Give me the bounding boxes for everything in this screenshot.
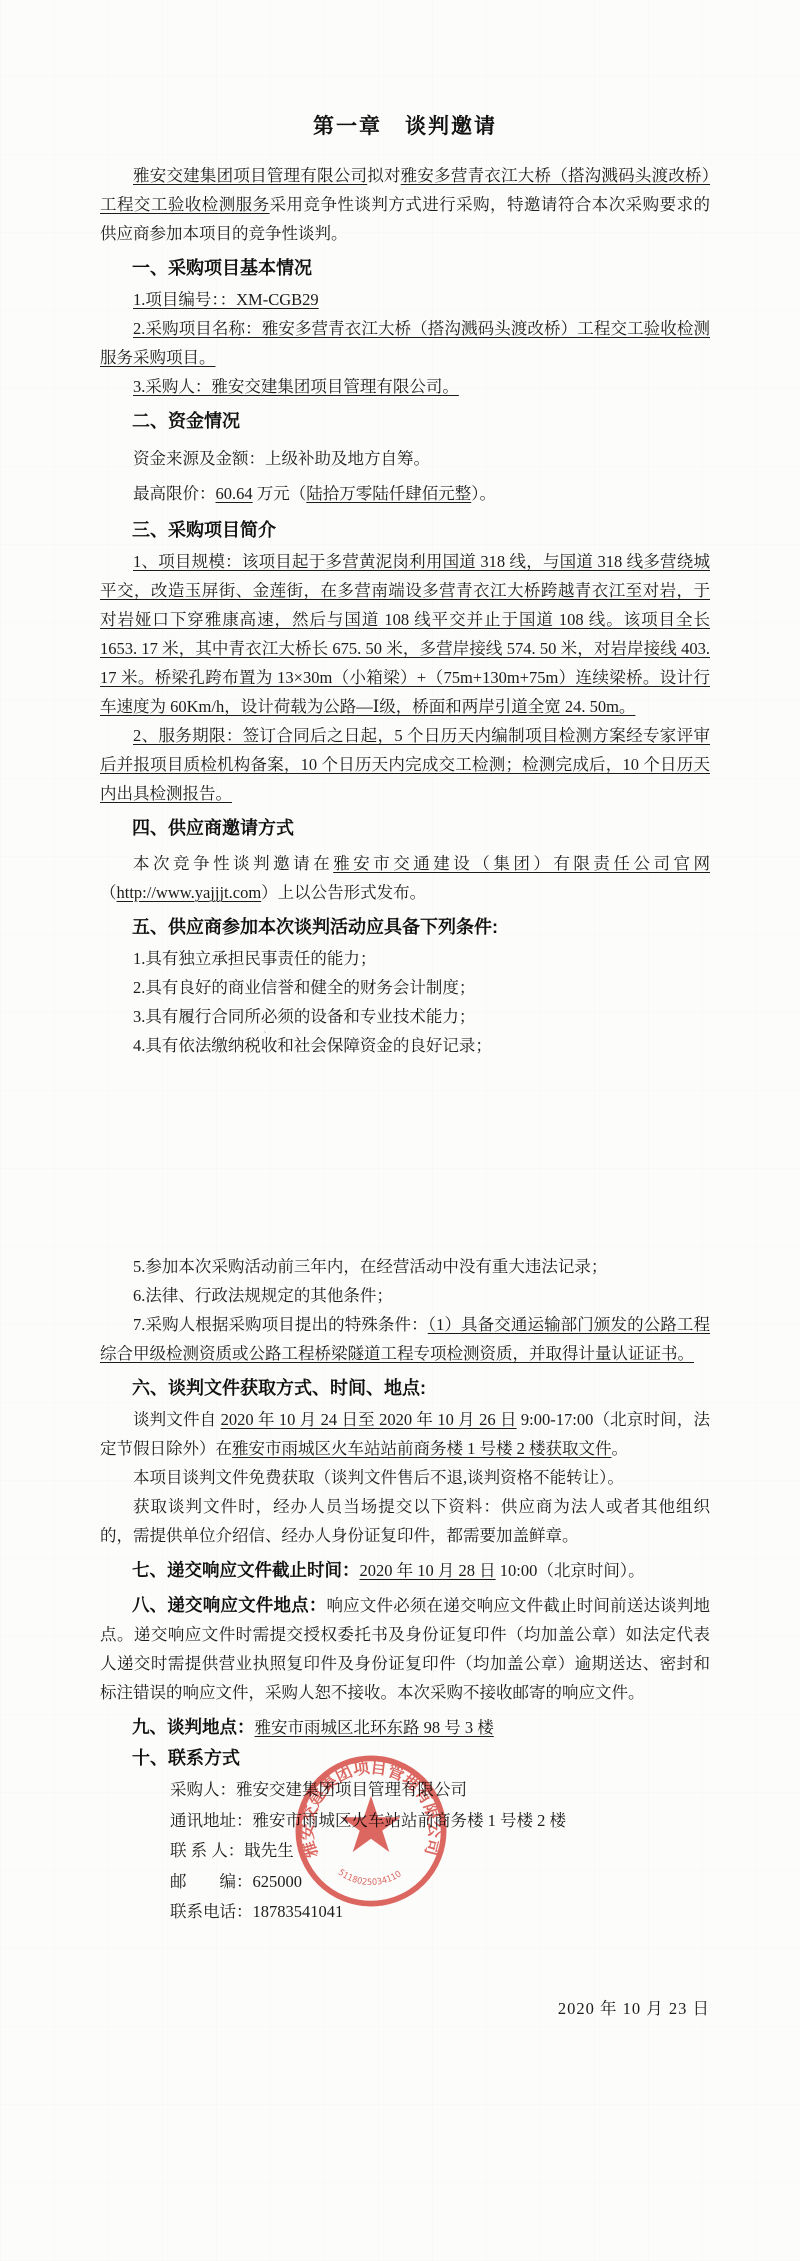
- condition-6: 6.法律、行政法规规定的其他条件；: [100, 1281, 710, 1310]
- condition-3: 3.具有履行合同所必须的设备和专业技术能力；: [100, 1002, 710, 1031]
- condition-7: 7.采购人根据采购项目提出的特殊条件：（1）具备交通运输部门颁发的公路工程综合甲…: [100, 1310, 710, 1368]
- negotiation-location: 雅安市雨城区北环东路 98 号 3 楼: [255, 1718, 494, 1737]
- price-limit: 最高限价：60.64 万元（陆拾万零陆仟肆佰元整）。: [100, 479, 710, 508]
- submission-deadline: 2020 年 10 月 28 日: [360, 1561, 496, 1580]
- section-8-paragraph: 八、递交响应文件地点：响应文件必须在递交响应文件截止时间前送达谈判地点。递交响应…: [100, 1591, 710, 1707]
- website-url: http://www.yajjjt.com: [117, 883, 262, 902]
- contact-person: 联 系 人：戢先生: [170, 1836, 710, 1867]
- section-9-heading: 九、谈判地点：雅安市雨城区北环东路 98 号 3 楼: [100, 1713, 710, 1742]
- obtain-materials-note: 获取谈判文件时，经办人员当场提交以下资料：供应商为法人或者其他组织的，需提供单位…: [100, 1492, 710, 1550]
- contact-block: 采购人：雅安交建集团项目管理有限公司 通讯地址：雅安市雨城区火车站站前商务楼 1…: [100, 1775, 710, 1928]
- official-website-name: 雅安市交通建设（集团）有限责任公司官网: [333, 854, 710, 873]
- section-6-heading: 六、谈判文件获取方式、时间、地点:: [100, 1372, 710, 1405]
- purchaser-name: 雅安交建集团项目管理有限公司: [133, 166, 367, 185]
- section-2-heading: 二、资金情况: [100, 405, 710, 438]
- funding-source: 资金来源及金额：上级补助及地方自筹。: [100, 444, 710, 473]
- project-number: 1.项目编号：：XM-CGB29: [100, 285, 710, 314]
- section-7-heading: 七、递交响应文件截止时间：2020 年 10 月 28 日 10:00（北京时间…: [100, 1556, 710, 1585]
- chapter-title: 第一章 谈判邀请: [100, 112, 710, 142]
- service-period-paragraph: 2、服务期限：签订合同后之日起，5 个日历天内编制项目检测方案经专家评审后并报项…: [100, 721, 710, 808]
- purchaser-item: 3.采购人：雅安交建集团项目管理有限公司。: [100, 372, 710, 401]
- obtain-start-date: 2020 年 10 月 24 日: [221, 1410, 359, 1429]
- page-break-gap: [100, 1060, 710, 1252]
- contact-purchaser: 采购人：雅安交建集团项目管理有限公司: [170, 1775, 710, 1806]
- obtain-end-date: 2020 年 10 月 26 日: [375, 1410, 517, 1429]
- section-1-heading: 一、采购项目基本情况: [100, 252, 710, 285]
- document-date: 2020 年 10 月 23 日: [100, 1994, 710, 2023]
- contact-phone: 联系电话：18783541041: [170, 1897, 710, 1928]
- document-obtain-paragraph: 谈判文件自 2020 年 10 月 24 日至 2020 年 10 月 26 日…: [100, 1405, 710, 1463]
- announcement-paragraph: 本次竞争性谈判邀请在雅安市交通建设（集团）有限责任公司官网（http://www…: [100, 849, 710, 907]
- section-10-heading: 十、联系方式: [100, 1742, 710, 1775]
- condition-2: 2.具有良好的商业信誉和健全的财务会计制度；: [100, 973, 710, 1002]
- project-scale-paragraph: 1、项目规模：该项目起于多营黄泥岗利用国道 318 线，与国道 318 线多营绕…: [100, 547, 710, 721]
- section-3-heading: 三、采购项目简介: [100, 514, 710, 547]
- section-4-heading: 四、供应商邀请方式: [100, 812, 710, 845]
- document-body: 第一章 谈判邀请 雅安交建集团项目管理有限公司拟对雅安多营青衣江大桥（搭沟溅码头…: [0, 0, 800, 2023]
- condition-4: 4.具有依法缴纳税收和社会保障资金的良好记录；: [100, 1031, 710, 1060]
- scanned-document-page: 第一章 谈判邀请 雅安交建集团项目管理有限公司拟对雅安多营青衣江大桥（搭沟溅码头…: [0, 0, 800, 2261]
- section-5-heading: 五、供应商参加本次谈判活动应具备下列条件:: [100, 911, 710, 944]
- price-value: 60.64: [216, 484, 253, 503]
- free-document-note: 本项目谈判文件免费获取（谈判文件售后不退,谈判资格不能转让）。: [100, 1463, 710, 1492]
- price-in-words: 陆拾万零陆仟肆佰元整: [306, 484, 471, 503]
- contact-address: 通讯地址：雅安市雨城区火车站站前商务楼 1 号楼 2 楼: [170, 1806, 710, 1837]
- condition-5: 5.参加本次采购活动前三年内，在经营活动中没有重大违法记录；: [100, 1252, 710, 1281]
- project-title-item: 2.采购项目名称：雅安多营青衣江大桥（搭沟溅码头渡改桥）工程交工验收检测服务采购…: [100, 314, 710, 372]
- contact-postcode: 邮 编：625000: [170, 1867, 710, 1898]
- intro-paragraph: 雅安交建集团项目管理有限公司拟对雅安多营青衣江大桥（搭沟溅码头渡改桥）工程交工验…: [100, 161, 710, 248]
- scan-artifact-mark: `: [263, 1030, 267, 1042]
- condition-1: 1.具有独立承担民事责任的能力；: [100, 944, 710, 973]
- obtain-location: 雅安市雨城区火车站站前商务楼 1 号楼 2 楼获取文件: [232, 1439, 612, 1458]
